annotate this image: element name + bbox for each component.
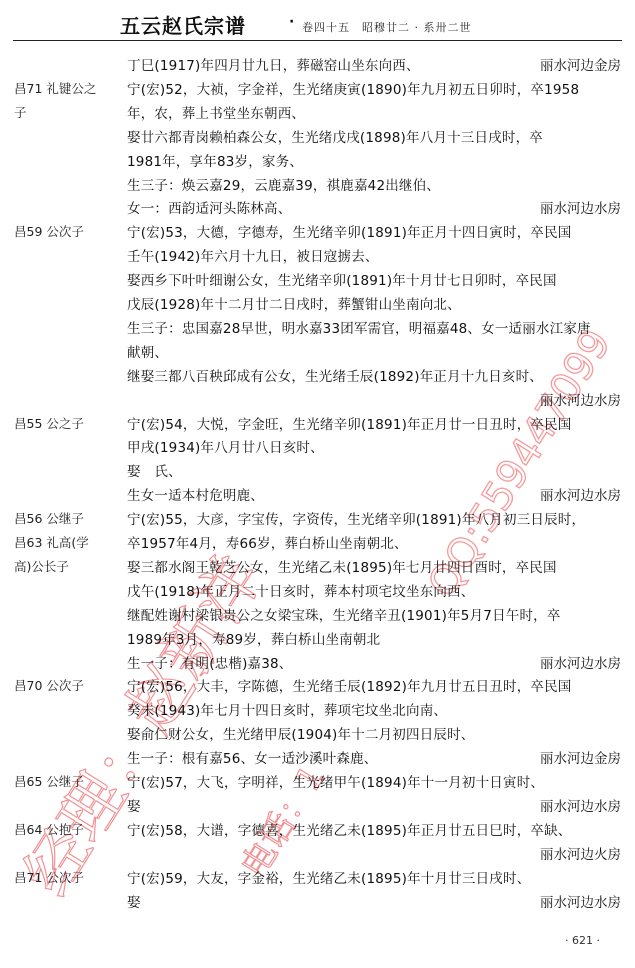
entry-line: 献朝、 — [0, 338, 635, 362]
ancestor-label: 高)公长子 — [14, 557, 69, 575]
entry-text: 年，农，葬上书堂坐东朝西、 — [127, 102, 305, 122]
entry-text: 娶俞仁财公女，生光绪甲辰(1904)年十二月初四日辰时、 — [127, 723, 475, 743]
branch-label: 丽水河边金房 — [540, 747, 621, 767]
entry-line: 生女一适本村危明鹿、丽水河边水房 — [0, 481, 635, 505]
entry-line: 女一：西韵适河头陈林高、丽水河边水房 — [0, 194, 635, 218]
entry-line: 癸未(1943)年七月十四日亥时，葬项宅坟坐北向南、 — [0, 696, 635, 720]
entry-text: 丁巳(1917)年四月廿九日，葬磁窑山坐东向西、 — [127, 54, 420, 74]
entry-line: 昌63 礼高(学卒1957年4月，寿66岁，葬白桥山坐南朝北、 — [0, 529, 635, 553]
branch-label: 丽水河边水房 — [540, 389, 621, 409]
entry-text: 戊午(1918)年正月二十日亥时，葬本村项宅坟坐东向西、 — [127, 580, 475, 600]
entry-line: 生三子：焕云嘉29，云鹿嘉39，祺鹿嘉42出继伯、 — [0, 171, 635, 195]
title-separator: · — [289, 14, 294, 30]
entry-line: 昌56 公继子宁(宏)55，大彦，字宝传，字资传，生光绪辛卯(1891)年八月初… — [0, 505, 635, 529]
branch-label: 丽水河边水房 — [540, 484, 621, 504]
entry-line: 子年，农，葬上书堂坐东朝西、 — [0, 99, 635, 123]
entry-line: 丽水河边水房 — [0, 386, 635, 410]
branch-label: 丽水河边水房 — [540, 795, 621, 815]
entry-text: 生一子：根有嘉56、女一适沙溪叶森鹿、 — [127, 747, 377, 767]
entry-text: 女一：西韵适河头陈林高、 — [127, 197, 291, 217]
entry-text: 娶 氏、 — [127, 460, 182, 480]
entry-line: 生一子：根有嘉56、女一适沙溪叶森鹿、丽水河边金房 — [0, 744, 635, 768]
entry-line: 娶丽水河边水房 — [0, 792, 635, 816]
entry-line: 娶俞仁财公女，生光绪甲辰(1904)年十二月初四日辰时、 — [0, 720, 635, 744]
entry-text: 宁(宏)53，大德，字德寿，生光绪辛卯(1891)年正月十四日寅时，卒民国 — [127, 221, 572, 241]
entry-line: 继配姓谢村梁银贵公之女梁宝珠，生光绪辛丑(1901)年5月7日午时，卒 — [0, 601, 635, 625]
entry-line: 生一子：有明(忠楷)嘉38、丽水河边水房 — [0, 649, 635, 673]
entry-line: 戊午(1918)年正月二十日亥时，葬本村项宅坟坐东向西、 — [0, 577, 635, 601]
entry-line: 生三子：忠国嘉28早世，明水嘉33团军需官，明福嘉48、女一适丽水江家唐 — [0, 314, 635, 338]
entry-text: 1981年，享年83岁，家务、 — [127, 150, 303, 170]
entry-text: 宁(宏)54，大悦，字金旺，生光绪辛卯(1891)年正月廿一日丑时，卒民国 — [127, 413, 572, 433]
ancestor-label: 昌70 公次子 — [14, 676, 84, 694]
entry-line: 昌71 礼键公之宁(宏)52，大祯，字金祥，生光绪庚寅(1890)年九月初五日卯… — [0, 75, 635, 99]
branch-label: 丽水河边金房 — [540, 54, 621, 74]
entry-text: 娶 — [127, 795, 141, 815]
entry-text: 生三子：忠国嘉28早世，明水嘉33团军需官，明福嘉48、女一适丽水江家唐 — [127, 317, 591, 337]
entry-line: 1989年3月，寿89岁，葬白桥山坐南朝北 — [0, 625, 635, 649]
entry-text: 娶 — [127, 891, 141, 911]
entry-line: 娶丽水河边水房 — [0, 888, 635, 912]
entry-line: 1981年，享年83岁，家务、 — [0, 147, 635, 171]
entry-line: 昌71 公次子宁(宏)59，大友，字金裕，生光绪乙未(1895)年十月廿三日戌时… — [0, 864, 635, 888]
ancestor-label: 昌56 公继子 — [14, 509, 84, 527]
entry-text: 戊辰(1928)年十二月廿二日戌时，葬蟹钳山坐南向北、 — [127, 293, 461, 313]
ancestor-label: 子 — [14, 103, 27, 121]
page-header: 五云赵氏宗谱 · 卷四十五 昭穆廿二 · 系卅二世 — [0, 8, 635, 38]
entry-text: 宁(宏)58，大谱，字德喜，生光绪乙未(1895)年正月廿五日巳时，卒缺、 — [127, 819, 572, 839]
entry-line: 娶 氏、 — [0, 457, 635, 481]
entry-text: 宁(宏)56，大丰，字陈德，生光绪壬辰(1892)年九月廿五日丑时，卒民国 — [127, 675, 572, 695]
entry-text: 娶西乡下叶叶细谢公女，生光绪辛卯(1891)年十月廿七日卯时，卒民国 — [127, 269, 557, 289]
entry-text: 癸未(1943)年七月十四日亥时，葬项宅坟坐北向南、 — [127, 699, 447, 719]
entry-line: 娶西乡下叶叶细谢公女，生光绪辛卯(1891)年十月廿七日卯时，卒民国 — [0, 266, 635, 290]
entry-line: 昌55 公之子宁(宏)54，大悦，字金旺，生光绪辛卯(1891)年正月廿一日丑时… — [0, 410, 635, 434]
entry-line: 戊辰(1928)年十二月廿二日戌时，葬蟹钳山坐南向北、 — [0, 290, 635, 314]
branch-label: 丽水河边水房 — [540, 197, 621, 217]
entry-line: 昌64 公抱子宁(宏)58，大谱，字德喜，生光绪乙未(1895)年正月廿五日巳时… — [0, 816, 635, 840]
entry-line: 昌65 公继子宁(宏)57，大飞，字明祥，生光绪甲午(1894)年十一月初十日寅… — [0, 768, 635, 792]
ancestor-label: 昌65 公继子 — [14, 772, 84, 790]
entry-line: 昌59 公次子宁(宏)53，大德，字德寿，生光绪辛卯(1891)年正月十四日寅时… — [0, 218, 635, 242]
entry-text: 继配姓谢村梁银贵公之女梁宝珠，生光绪辛丑(1901)年5月7日午时，卒 — [127, 604, 561, 624]
entry-text: 献朝、 — [127, 341, 168, 361]
page-subtitle: 卷四十五 昭穆廿二 · 系卅二世 — [302, 19, 472, 35]
branch-label: 丽水河边水房 — [540, 652, 621, 672]
entry-text: 宁(宏)57，大飞，字明祥，生光绪甲午(1894)年十一月初十日寅时、 — [127, 771, 544, 791]
header-rule — [13, 40, 622, 41]
entry-text: 生三子：焕云嘉29，云鹿嘉39，祺鹿嘉42出继伯、 — [127, 174, 440, 194]
entry-line: 娶廿六都青岗赖柏森公女，生光绪戊戌(1898)年八月十三日戌时，卒 — [0, 123, 635, 147]
entry-line: 继娶三都八百秧邱成有公女，生光绪壬辰(1892)年正月十九日亥时、 — [0, 362, 635, 386]
entry-text: 生一子：有明(忠楷)嘉38、 — [127, 652, 293, 672]
entry-line: 壬午(1942)年六月十九日，被日寇掳去、 — [0, 242, 635, 266]
entry-text: 娶廿六都青岗赖柏森公女，生光绪戊戌(1898)年八月十三日戌时，卒 — [127, 126, 543, 146]
entry-line: 丁巳(1917)年四月廿九日，葬磁窑山坐东向西、丽水河边金房 — [0, 51, 635, 75]
entry-line: 昌70 公次子宁(宏)56，大丰，字陈德，生光绪壬辰(1892)年九月廿五日丑时… — [0, 672, 635, 696]
entry-text: 1989年3月，寿89岁，葬白桥山坐南朝北 — [127, 628, 380, 648]
entry-line: 高)公长子娶三都水阁王乾芝公女，生光绪乙未(1895)年七月廿四日酉时，卒民国 — [0, 553, 635, 577]
branch-label: 丽水河边水房 — [540, 891, 621, 911]
entry-text: 娶三都水阁王乾芝公女，生光绪乙未(1895)年七月廿四日酉时，卒民国 — [127, 556, 557, 576]
ancestor-label: 昌64 公抱子 — [14, 820, 84, 838]
entry-text: 甲戌(1934)年八月廿八日亥时、 — [127, 436, 324, 456]
entry-text: 生女一适本村危明鹿、 — [127, 484, 264, 504]
branch-label: 丽水河边火房 — [540, 843, 621, 863]
entry-text: 卒1957年4月，寿66岁，葬白桥山坐南朝北、 — [127, 532, 408, 552]
entry-text: 壬午(1942)年六月十九日，被日寇掳去、 — [127, 245, 379, 265]
ancestor-label: 昌59 公次子 — [14, 222, 84, 240]
entry-text: 宁(宏)59，大友，字金裕，生光绪乙未(1895)年十月廿三日戌时、 — [127, 867, 530, 887]
ancestor-label: 昌63 礼高(学 — [14, 533, 89, 551]
entry-text: 继娶三都八百秧邱成有公女，生光绪壬辰(1892)年正月十九日亥时、 — [127, 365, 543, 385]
entry-line: 丽水河边火房 — [0, 840, 635, 864]
entry-line: 甲戌(1934)年八月廿八日亥时、 — [0, 433, 635, 457]
ancestor-label: 昌55 公之子 — [14, 414, 84, 432]
entry-text: 宁(宏)52，大祯，字金祥，生光绪庚寅(1890)年九月初五日卯时，卒1958 — [127, 78, 579, 98]
entry-text: 宁(宏)55，大彦，字宝传，字资传，生光绪辛卯(1891)年八月初三日辰时， — [127, 508, 585, 528]
page-number: · 621 · — [565, 934, 600, 947]
ancestor-label: 昌71 礼键公之 — [14, 79, 96, 97]
ancestor-label: 昌71 公次子 — [14, 868, 84, 886]
page-title: 五云赵氏宗谱 — [120, 10, 246, 39]
